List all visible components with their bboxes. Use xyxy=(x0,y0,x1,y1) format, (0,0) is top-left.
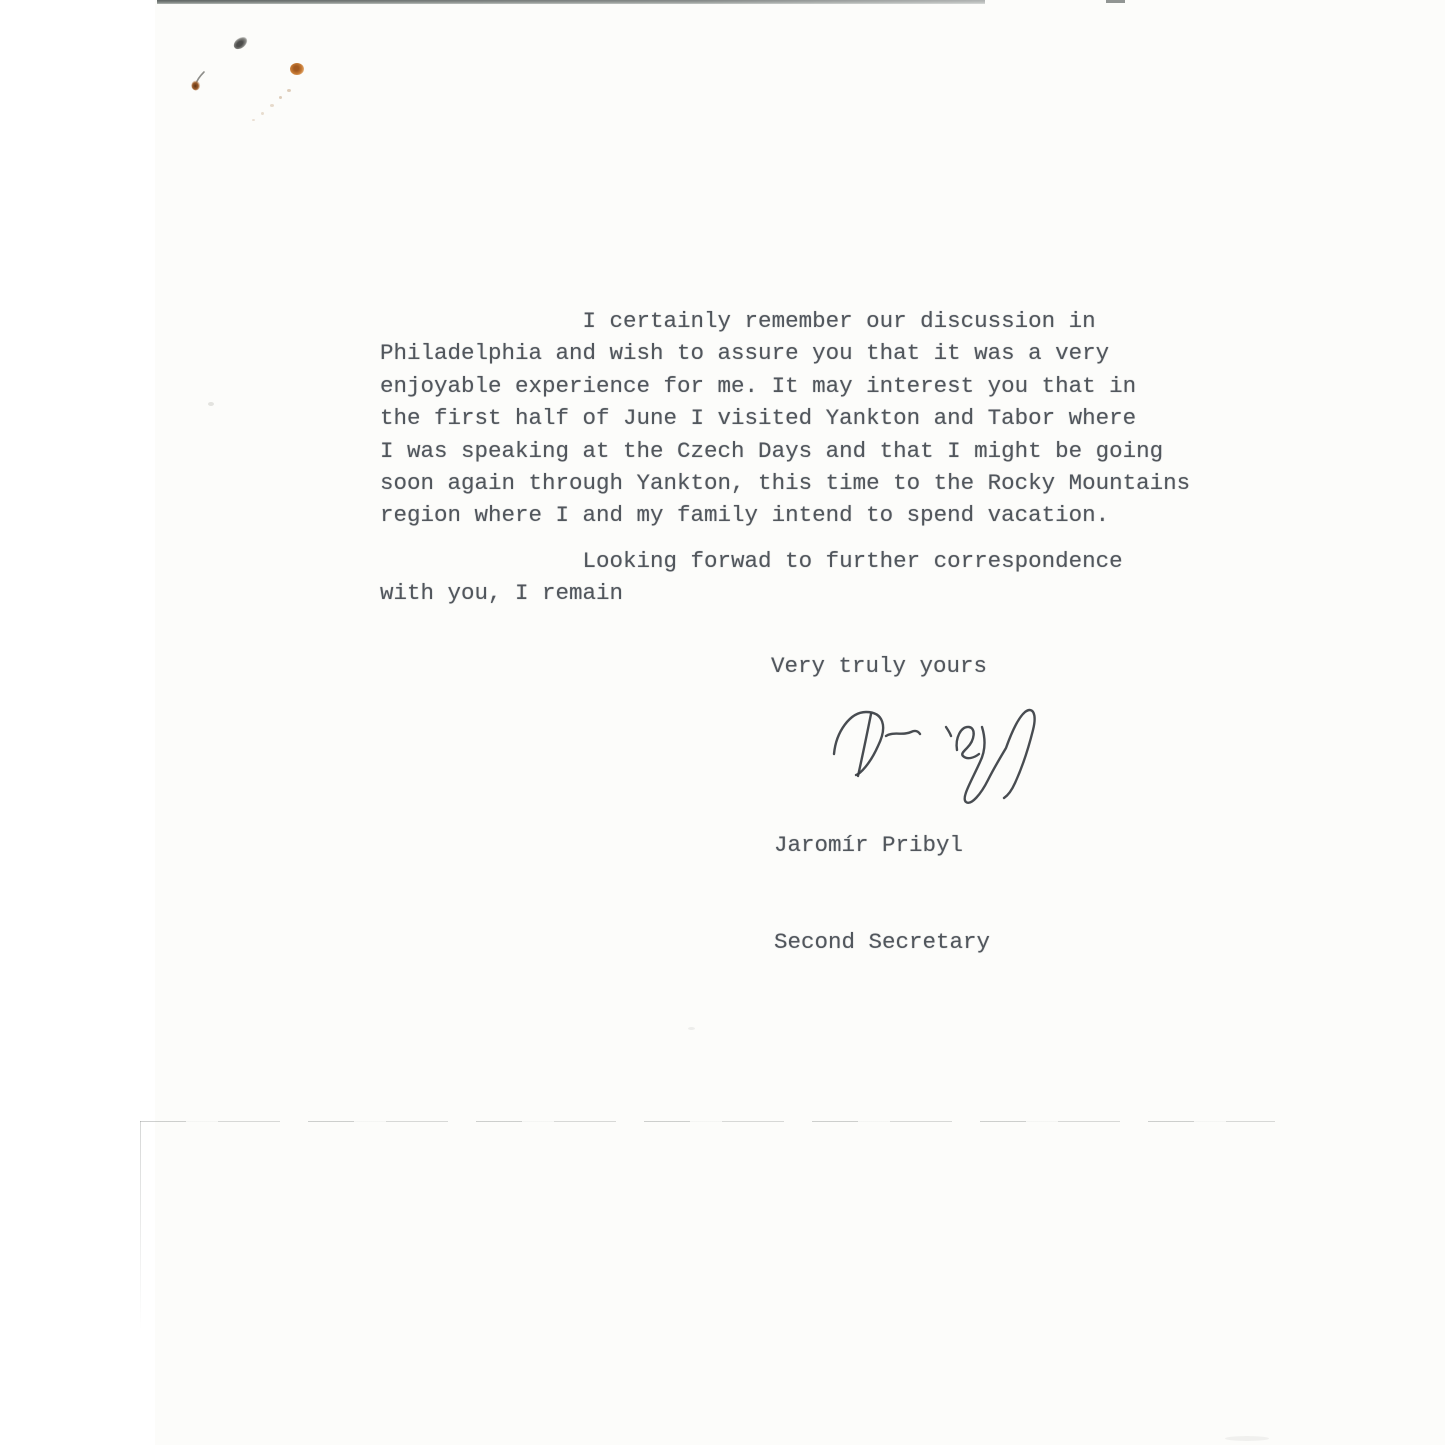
faint-speck xyxy=(208,402,214,406)
scratch-speck xyxy=(287,89,291,92)
letter-paragraph-2: Looking forwad to further correspondence… xyxy=(380,545,1123,610)
scan-edge-band xyxy=(157,0,985,4)
under-sheet-edge-vertical xyxy=(140,1121,141,1331)
under-sheet-edge-horizontal xyxy=(140,1121,1275,1122)
scratch-speck xyxy=(279,96,282,99)
letter-paragraph-1: I certainly remember our discussion in P… xyxy=(380,305,1190,532)
stain-teardrop xyxy=(190,70,208,92)
faint-speck xyxy=(688,1027,695,1030)
scratch-speck xyxy=(270,104,274,107)
stain-rust-spot xyxy=(290,63,304,75)
scan-edge-dash xyxy=(1106,0,1125,3)
signer-title: Second Secretary xyxy=(774,926,990,958)
signer-name: Jaromír Pribyl xyxy=(774,829,990,861)
bottom-smudge xyxy=(1225,1436,1269,1441)
scratch-speck xyxy=(252,119,255,121)
paper-sheet xyxy=(155,0,1445,1445)
signature-block: Jaromír Pribyl Second Secretary xyxy=(774,764,990,1023)
letter-closing: Very truly yours xyxy=(771,650,987,682)
scratch-speck xyxy=(261,112,264,115)
